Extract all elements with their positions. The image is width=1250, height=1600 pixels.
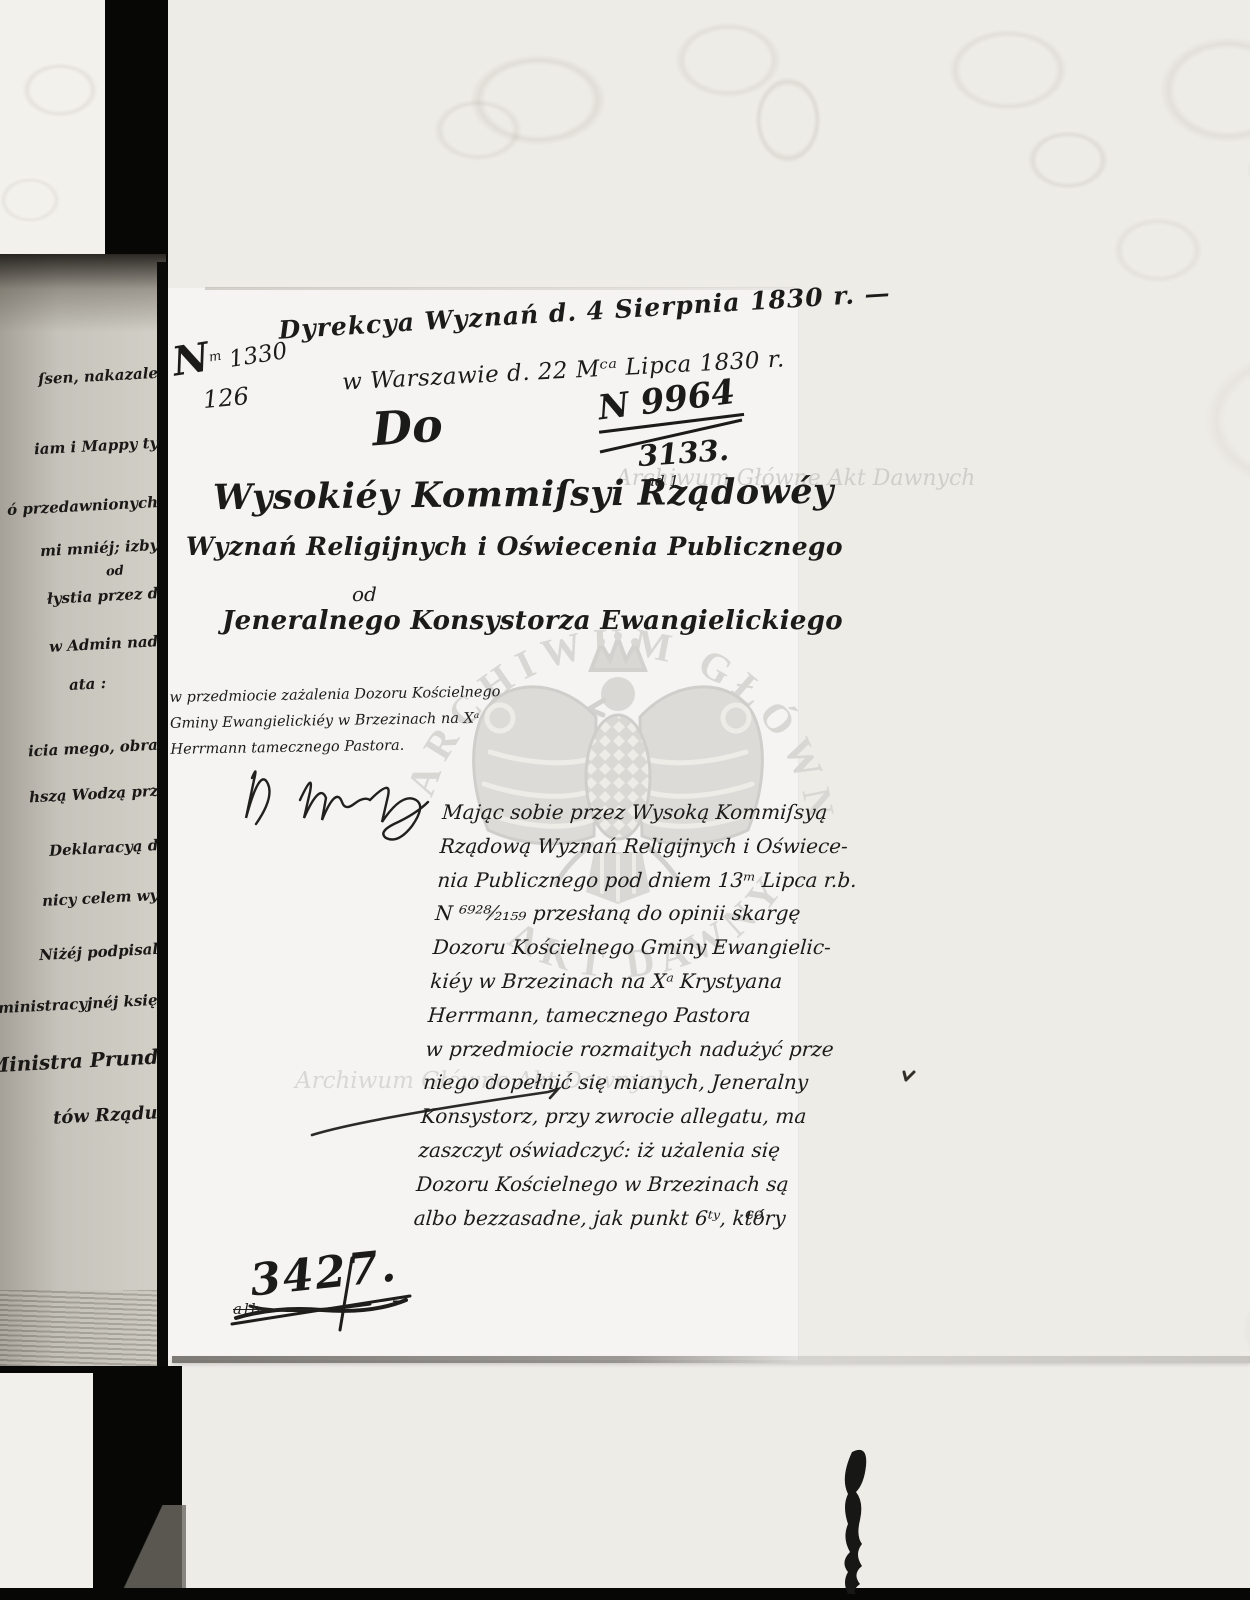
adjacent-page-line: w Admin nad [49,632,159,656]
body-line: w przedmiocie rozmaitych nadużyć prze [424,1033,856,1067]
body-line: Dozoru Kościelnego w Brzezinach są [415,1168,847,1202]
recipient-line-3: Jeneralnego Konsystorza Ewangielickiego [222,606,843,636]
body-line: nia Publicznego pod dniem 13ᵐ Lipca r.b. [436,864,868,898]
adjacent-page-line: ſsen, nakazale [38,364,159,388]
secondary-number: 126 [202,382,250,414]
adjacent-page-line: Deklaracyą d [48,836,158,860]
adjacent-page-line: Niżéj podpisal [38,940,158,964]
catchword: co [745,1204,764,1223]
body-line: zaszczyt oświadczyć: iż użalenia się [417,1134,849,1168]
body-line: Herrmann, tamecznego Pastora [427,999,859,1033]
salutation-do: Do [370,398,444,457]
letter-page-bottom-edge [172,1356,1250,1363]
scan-edge-bottom [0,1588,1250,1600]
reference-number-initial: N [169,334,212,386]
recipient-line-1: Wysokiéy Kommiſsyi Rządowéy [213,471,834,518]
body-line: albo bezzasadne, jak punkt 6ᵗʸ, który [413,1202,845,1236]
recipient-connector: od [352,582,377,606]
registry-dash: – [392,1288,403,1313]
body-line: Mając sobie przez Wysoką Kommiſsyą [441,796,873,830]
letter-body: Mając sobie przez Wysoką KommiſsyąRządow… [413,796,874,1235]
body-line: niego dopełnić się mianych, Jeneralny [422,1066,854,1100]
registry-struck-note: alb———— [233,1300,330,1318]
adjacent-page-line: ó przedawnionych [7,493,159,519]
reference-number-value: 1330 [227,338,289,373]
scanned-document: Archiwum Główne Akt Dawnych Archiwum Głó… [0,0,1250,1600]
adjacent-page-text: ſsen, nakazaleiam i Mappy tyó przedawnio… [0,254,166,1366]
adjacent-page-line: Ministra Prund [0,1045,159,1078]
adjacent-page-line: ata : [68,674,106,694]
paper-fragment-top-left [0,0,105,262]
body-line: Dozoru Kościelnego Gminy Ewangielic- [432,931,864,965]
gap-shadow [118,1505,186,1595]
margin-subject-note: w przedmiocie zażalenia Dozoru Kościelne… [169,679,501,763]
adjacent-page-line: od [106,564,125,580]
body-line: Rządową Wyznań Religijnych i Oświece- [439,830,871,864]
body-line: kiéy w Brzezinach na Xᵃ Krystyana [429,965,861,999]
paper-fragment-bottom-left [0,1373,93,1595]
paper-speckles [0,0,2,2]
scan-gap-top-left [105,0,168,270]
adjacent-page-line: icia mego, obra [28,736,159,761]
adjacent-page-line: nicy celem wy [41,886,158,910]
adjacent-page-line: iam i Mappy ty [33,434,158,458]
adjacent-page-line: tów Rządu [53,1102,159,1128]
case-number-secondary: 3133. [637,433,730,473]
adjacent-page-line: ministracyjnéj księ [0,991,158,1017]
body-line: Konsystorz, przy zwrocie allegatu, ma [420,1100,852,1134]
body-line: N ⁶⁹²⁸⁄₂₁₅₉ przesłaną do opinii skargę [434,897,866,931]
adjacent-page-line: mi mniéj; izby [39,536,158,560]
adjacent-page-line: łystia przez d [46,584,158,608]
recipient-line-2: Wyznań Religijnych i Oświecenia Publiczn… [186,532,843,561]
adjacent-page-line: hszą Wodzą prz [28,782,158,807]
reference-number-sup: m [208,349,223,366]
